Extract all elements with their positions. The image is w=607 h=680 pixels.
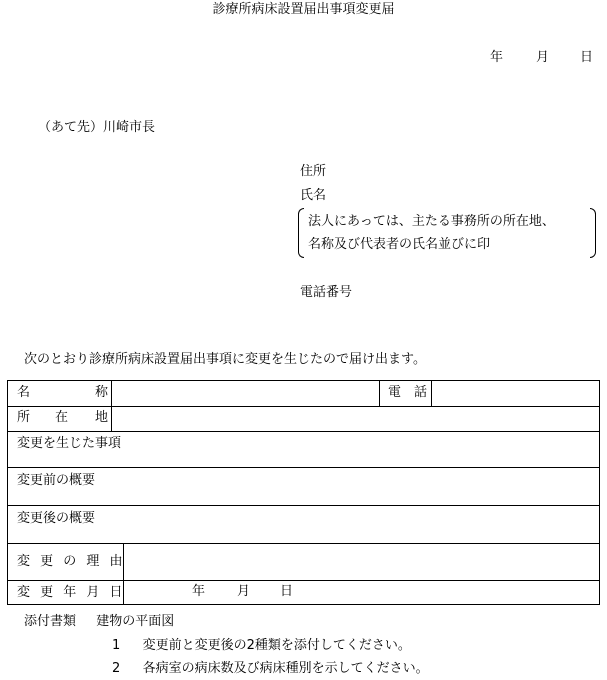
change-form-table: 名 称 電 話 所 在 地 変更を生じた事項 変更前の概要 変更後の概要 変 更…	[7, 380, 600, 605]
attachments-item: 建物の平面図	[96, 614, 174, 629]
left-bracket	[298, 208, 304, 258]
attachment-note-text: 変更前と変更後の2種類を添付してください。	[143, 638, 411, 653]
column-divider	[379, 381, 380, 406]
name-label-char1: 名	[17, 385, 30, 401]
before-summary-input[interactable]	[17, 489, 587, 503]
change-date-input[interactable]: 年 月 日	[130, 584, 590, 602]
addressee: （あて先）川崎市長	[38, 120, 155, 136]
location-label-char2: 在	[55, 410, 68, 426]
changed-items-input[interactable]	[17, 451, 587, 465]
right-bracket	[590, 208, 596, 258]
change-date-month: 月	[237, 584, 250, 600]
row-divider	[8, 467, 599, 468]
location-label-char3: 地	[95, 410, 108, 426]
phone-number-label: 電話番号	[300, 285, 352, 301]
change-date-day: 日	[280, 584, 293, 600]
attachment-note-number: 1	[112, 638, 120, 653]
reason-input[interactable]	[130, 551, 590, 575]
before-summary-label: 変更前の概要	[17, 473, 95, 489]
attachment-note: 2 各病室の病床数及び病床種別を示してください。	[112, 661, 429, 677]
date-day-label: 日	[580, 50, 593, 66]
row-divider	[8, 580, 599, 581]
attachments-label: 添付書類	[24, 614, 76, 629]
row-divider	[8, 505, 599, 506]
corporate-note-bracket: 法人にあっては、主たる事務所の所在地、 名称及び代表者の氏名並びに印	[298, 208, 596, 258]
phone-cell-label: 電 話	[388, 385, 427, 401]
column-divider	[431, 381, 432, 406]
after-summary-input[interactable]	[17, 527, 587, 541]
attachment-note-text: 各病室の病床数及び病床種別を示してください。	[143, 661, 429, 676]
attachment-note: 1 変更前と変更後の2種類を添付してください。	[112, 638, 411, 654]
column-divider	[111, 381, 112, 431]
corporate-note-line2: 名称及び代表者の氏名並びに印	[308, 237, 490, 253]
document-title: 診療所病床設置届出事項変更届	[0, 2, 607, 18]
date-month-label: 月	[536, 50, 549, 66]
intro-text: 次のとおり診療所病床設置届出事項に変更を生じたので届け出ます。	[24, 352, 426, 368]
row-divider	[8, 406, 599, 407]
after-summary-label: 変更後の概要	[17, 511, 95, 527]
reason-label: 変 更 の 理 由	[17, 554, 126, 570]
corporate-note-line1: 法人にあっては、主たる事務所の所在地、	[308, 214, 555, 230]
phone-input[interactable]	[438, 385, 593, 403]
address-label: 住所	[300, 164, 326, 180]
row-divider	[8, 431, 599, 432]
row-divider	[8, 543, 599, 544]
attachments-line: 添付書類 建物の平面図	[24, 614, 174, 630]
change-date-year: 年	[192, 584, 205, 600]
location-label-char1: 所	[17, 410, 30, 426]
attachment-note-number: 2	[112, 661, 120, 676]
name-input[interactable]	[118, 385, 373, 403]
name-label: 氏名	[300, 188, 326, 204]
name-label-char2: 称	[95, 385, 108, 401]
location-input[interactable]	[118, 410, 588, 428]
changed-items-label: 変更を生じた事項	[17, 436, 121, 452]
change-date-label: 変 更 年 月 日	[17, 585, 126, 601]
date-year-label: 年	[490, 50, 503, 66]
